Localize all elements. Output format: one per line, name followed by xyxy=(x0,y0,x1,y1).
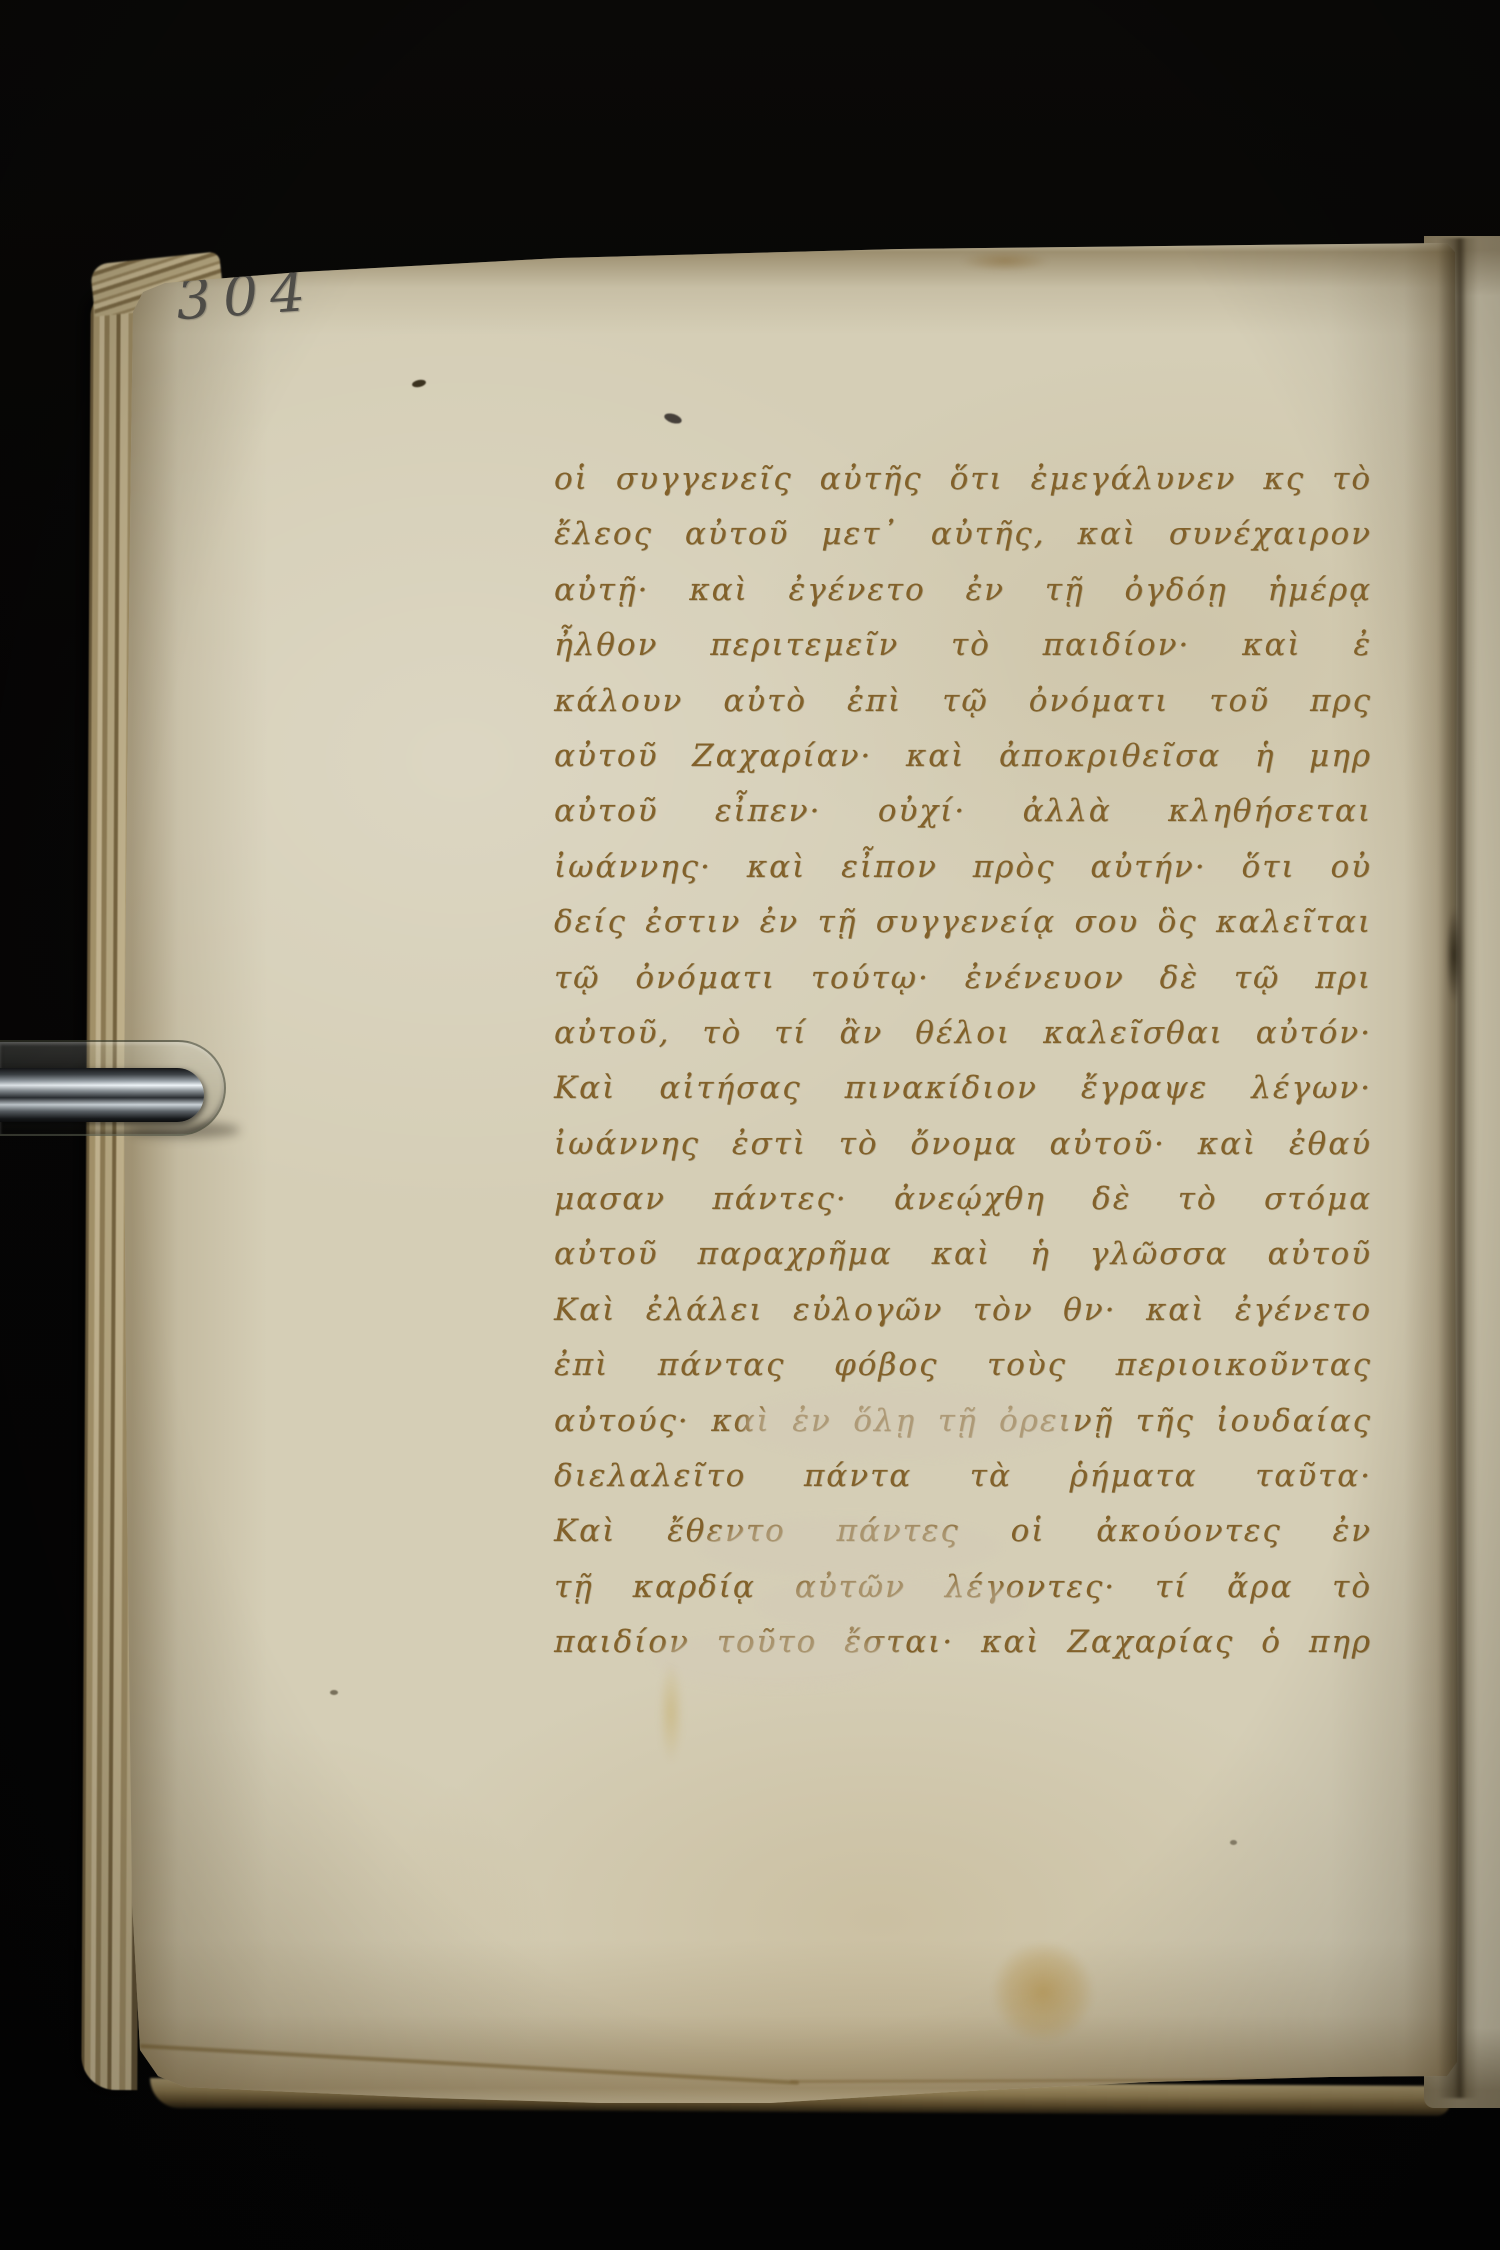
manuscript-text-block: οἱ συγγενεῖς αὐτῆς ὅτι ἐμεγάλυνεν κς τὸἔ… xyxy=(554,452,1372,1671)
clip-metal-rod xyxy=(0,1068,204,1122)
manuscript-line: Καὶ ἐλάλει εὐλογῶν τὸν θν· καὶ ἐγένετο xyxy=(554,1283,1372,1338)
manuscript-line: αὐτῇ· καὶ ἐγένετο ἐν τῇ ὀγδόῃ ἡμέρᾳ xyxy=(554,563,1372,618)
manuscript-line: αὐτοῦ Ζαχαρίαν· καὶ ἀποκριθεῖσα ἡ μηρ xyxy=(554,729,1372,784)
ink-speck xyxy=(663,411,683,425)
ink-speck xyxy=(411,379,426,389)
parchment-crease xyxy=(790,2078,1430,2083)
manuscript-line: ἰωάννης· καὶ εἶπον πρὸς αὐτήν· ὅτι οὐ xyxy=(554,840,1372,895)
parchment-stain xyxy=(978,1928,1108,2056)
faded-ink-drip xyxy=(656,1652,686,1772)
manuscript-line: κάλουν αὐτὸ ἐπὶ τῷ ὀνόματι τοῦ πρς xyxy=(554,674,1372,729)
manuscript-line: μασαν πάντες· ἀνεῴχθη δὲ τὸ στόμα xyxy=(554,1172,1372,1227)
ink-fade-patch xyxy=(652,1632,902,1688)
manuscript-line: αὐτοῦ, τὸ τί ἂν θέλοι καλεῖσθαι αὐτόν· xyxy=(554,1006,1372,1061)
manuscript-line: ἔλεος αὐτοῦ μετ᾽ αὐτῆς, καὶ συνέχαιρον xyxy=(554,507,1372,562)
manuscript-line: ἐπὶ πάντας φόβος τοὺς περιοικοῦντας xyxy=(554,1338,1372,1393)
page-holder-clip xyxy=(0,1036,226,1136)
photo-of-manuscript: 304 οἱ συγγενεῖς αὐτῆς ὅτι ἐμεγάλυνεν κς… xyxy=(0,0,1500,2250)
manuscript-line: διελαλεῖτο πάντα τὰ ῥήματα ταῦτα· xyxy=(554,1449,1372,1504)
ink-speck xyxy=(1230,1840,1237,1845)
binding-gutter-knot xyxy=(1444,895,1464,1015)
ink-fade-patch xyxy=(756,1576,1026,1634)
manuscript-line: ἰωάννης ἐστὶ τὸ ὄνομα αὐτοῦ· καὶ ἐθαύ xyxy=(554,1117,1372,1172)
manuscript-line: αὐτοῦ εἶπεν· οὐχί· ἀλλὰ κληθήσεται xyxy=(554,784,1372,839)
manuscript-line: αὐτοῦ παραχρῆμα καὶ ἡ γλῶσσα αὐτοῦ xyxy=(554,1227,1372,1282)
manuscript-line: οἱ συγγενεῖς αὐτῆς ὅτι ἐμεγάλυνεν κς τὸ xyxy=(554,452,1372,507)
ink-fade-patch xyxy=(742,1392,1072,1456)
manuscript-line: τῷ ὀνόματι τούτῳ· ἐνένευον δὲ τῷ πρι xyxy=(554,951,1372,1006)
parchment-stain-top xyxy=(950,248,1060,274)
ink-speck xyxy=(330,1690,338,1695)
ink-fade-patch xyxy=(700,1518,1000,1576)
manuscript-line: Καὶ αἰτήσας πινακίδιον ἔγραψε λέγων· xyxy=(554,1061,1372,1116)
binding-gutter-shadow xyxy=(1438,238,1478,2098)
manuscript-line: δείς ἐστιν ἐν τῇ συγγενείᾳ σου ὃς καλεῖτ… xyxy=(554,895,1372,950)
manuscript-line: ἦλθον περιτεμεῖν τὸ παιδίον· καὶ ἐ xyxy=(554,618,1372,673)
parchment-crease xyxy=(140,2044,799,2085)
